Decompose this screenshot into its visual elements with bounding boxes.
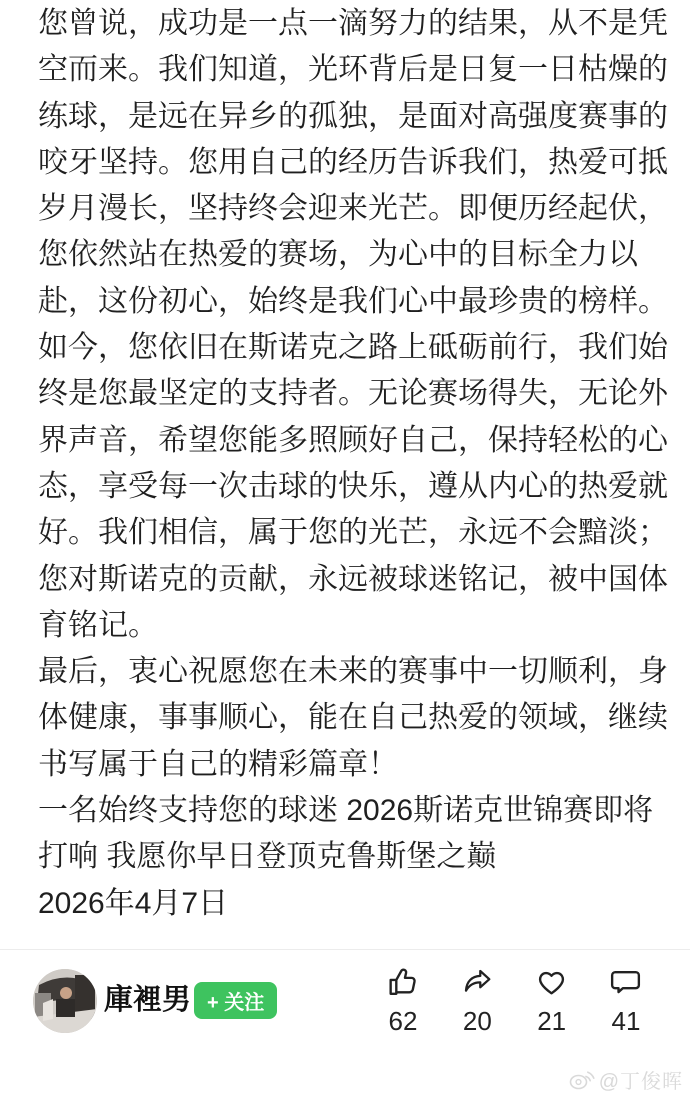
text-line: 咬牙坚持。您用自己的经历告诉我们，热爱可抵	[38, 140, 678, 186]
share-arrow-icon	[459, 964, 496, 1001]
text-line: 岁月漫长，坚持终会迎来光芒。即便历经起伏，	[38, 186, 678, 232]
text-line: 体健康，事事顺心，能在自己热爱的领域，继续	[38, 695, 678, 741]
follow-button[interactable]: + 关注	[194, 982, 277, 1019]
avatar-photo	[33, 969, 97, 1033]
share-count: 20	[463, 1007, 492, 1035]
post-footer: 庫裡男 + 关注 62 20 21 41	[0, 949, 690, 1103]
text-line: 态，享受每一次击球的快乐，遵从内心的热爱就	[38, 464, 678, 510]
text-line: 如今，您依旧在斯诺克之路上砥砺前行，我们始	[38, 325, 678, 371]
text-line: 一名始终支持您的球迷 2026斯诺克世锦赛即将	[38, 788, 678, 834]
heart-icon	[533, 964, 570, 1001]
like-count: 62	[389, 1007, 418, 1035]
thumbs-up-icon	[385, 964, 422, 1001]
text-line: 终是您最坚定的支持者。无论赛场得失，无论外	[38, 371, 678, 417]
text-line: 育铭记。	[38, 603, 678, 649]
text-line: 空而来。我们知道，光环背后是日复一日枯燥的	[38, 47, 678, 93]
watermark-text: @丁俊晖	[599, 1065, 683, 1094]
text-line: 好。我们相信，属于您的光芒，永远不会黯淡；	[38, 510, 678, 556]
heart-button[interactable]: 21	[521, 964, 583, 1035]
avatar[interactable]	[33, 969, 97, 1033]
heart-count: 21	[537, 1007, 566, 1035]
author-name[interactable]: 庫裡男	[104, 982, 191, 1019]
watermark: @丁俊晖	[569, 1065, 683, 1094]
text-line: 书写属于自己的精彩篇章！	[38, 742, 678, 788]
post-text: 您曾说，成功是一点一滴努力的结果，从不是凭空而来。我们知道，光环背后是日复一日枯…	[38, 1, 678, 927]
text-line: 赴，这份初心，始终是我们心中最珍贵的榜样。	[38, 279, 678, 325]
text-line: 练球，是远在异乡的孤独，是面对高强度赛事的	[38, 94, 678, 140]
weibo-logo-icon	[569, 1068, 596, 1091]
engagement-bar: 62 20 21 41	[372, 964, 657, 1035]
like-button[interactable]: 62	[372, 964, 434, 1035]
text-line: 打响 我愿你早日登顶克鲁斯堡之巅	[38, 834, 678, 880]
text-line: 界声音，希望您能多照顾好自己，保持轻松的心	[38, 418, 678, 464]
text-line: 您依然站在热爱的赛场，为心中的目标全力以	[38, 232, 678, 278]
text-line: 最后，衷心祝愿您在未来的赛事中一切顺利，身	[38, 649, 678, 695]
comment-count: 41	[612, 1007, 641, 1035]
share-button[interactable]: 20	[446, 964, 508, 1035]
text-line: 您曾说，成功是一点一滴努力的结果，从不是凭	[38, 1, 678, 47]
comment-button[interactable]: 41	[595, 964, 657, 1035]
text-line: 您对斯诺克的贡献，永远被球迷铭记，被中国体	[38, 557, 678, 603]
comment-bubble-icon	[607, 964, 644, 1001]
text-line: 2026年4月7日	[38, 881, 678, 927]
